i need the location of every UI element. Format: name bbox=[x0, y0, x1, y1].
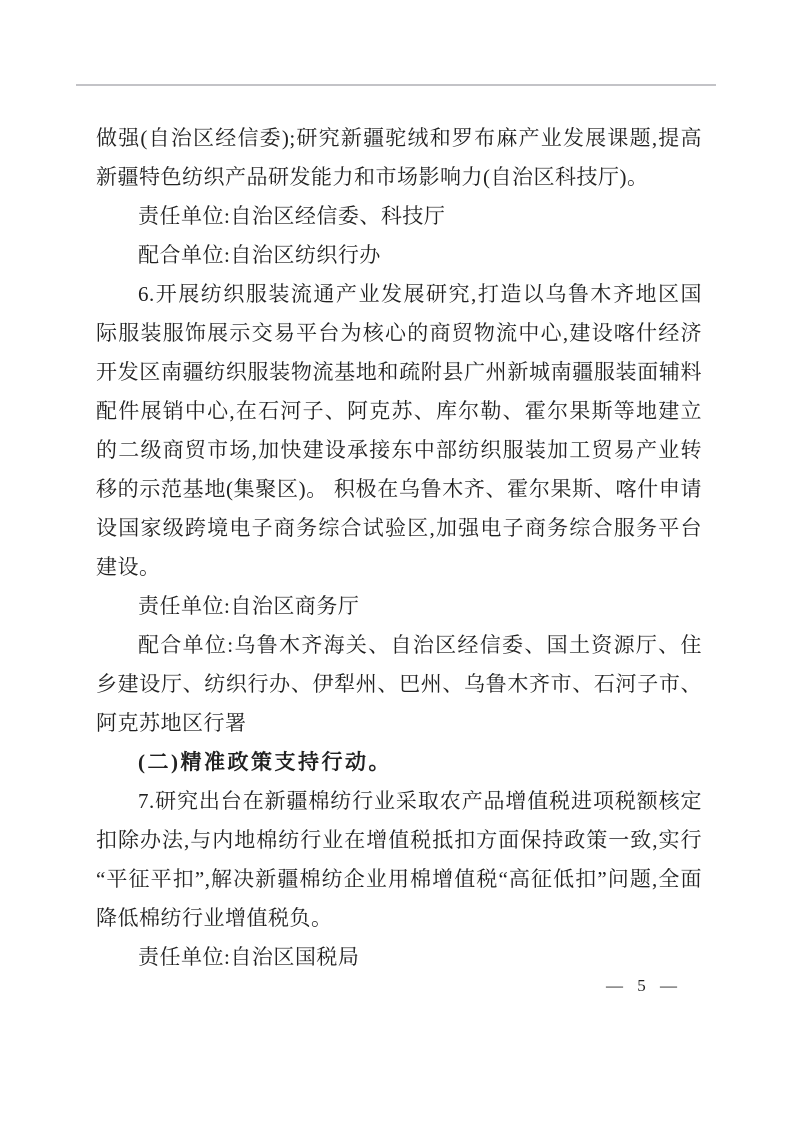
item-7-line: 7.研究出台在新疆棉纺行业采取农产品增值税进项税额核定 bbox=[96, 782, 702, 821]
responsible-unit-line: 责任单位:自治区国税局 bbox=[96, 938, 702, 977]
text-line: “平征平扣”,解决新疆棉纺企业用棉增值税“高征低扣”问题,全面 bbox=[96, 860, 702, 899]
text-line: 建设。 bbox=[96, 548, 702, 587]
text-line: 乡建设厅、纺织行办、伊犁州、巴州、乌鲁木齐市、石河子市、喀什、 bbox=[96, 665, 702, 704]
section-heading-line: (二)精准政策支持行动。 bbox=[96, 743, 702, 782]
document-body: 做强(自治区经信委);研究新疆驼绒和罗布麻产业发展课题,提高 新疆特色纺织产品研… bbox=[96, 119, 702, 977]
document-page: 做强(自治区经信委);研究新疆驼绒和罗布麻产业发展课题,提高 新疆特色纺织产品研… bbox=[0, 0, 793, 1122]
text-line: 降低棉纺行业增值税负。 bbox=[96, 899, 702, 938]
responsible-unit-line: 责任单位:自治区经信委、科技厅 bbox=[96, 197, 702, 236]
page-number: — 5 — bbox=[596, 976, 688, 996]
item-6-line: 6.开展纺织服装流通产业发展研究,打造以乌鲁木齐地区国 bbox=[96, 275, 702, 314]
header-rule bbox=[76, 84, 716, 86]
cooperating-unit-line: 配合单位:乌鲁木齐海关、自治区经信委、国土资源厅、住房城 bbox=[96, 626, 702, 665]
text-line: 阿克苏地区行署 bbox=[96, 704, 702, 743]
text-line: 的二级商贸市场,加快建设承接东中部纺织服装加工贸易产业转 bbox=[96, 431, 702, 470]
text-line: 新疆特色纺织产品研发能力和市场影响力(自治区科技厅)。 bbox=[96, 158, 702, 197]
text-line: 设国家级跨境电子商务综合试验区,加强电子商务综合服务平台 bbox=[96, 509, 702, 548]
text-line: 移的示范基地(集聚区)。 积极在乌鲁木齐、霍尔果斯、喀什申请建 bbox=[96, 470, 702, 509]
text-line: 际服装服饰展示交易平台为核心的商贸物流中心,建设喀什经济 bbox=[96, 314, 702, 353]
responsible-unit-line: 责任单位:自治区商务厅 bbox=[96, 587, 702, 626]
text-line: 扣除办法,与内地棉纺行业在增值税抵扣方面保持政策一致,实行 bbox=[96, 821, 702, 860]
text-line: 开发区南疆纺织服装物流基地和疏附县广州新城南疆服装面辅料 bbox=[96, 353, 702, 392]
cooperating-unit-line: 配合单位:自治区纺织行办 bbox=[96, 236, 702, 275]
text-line: 配件展销中心,在石河子、阿克苏、库尔勒、霍尔果斯等地建立疆内 bbox=[96, 392, 702, 431]
text-line: 做强(自治区经信委);研究新疆驼绒和罗布麻产业发展课题,提高 bbox=[96, 119, 702, 158]
